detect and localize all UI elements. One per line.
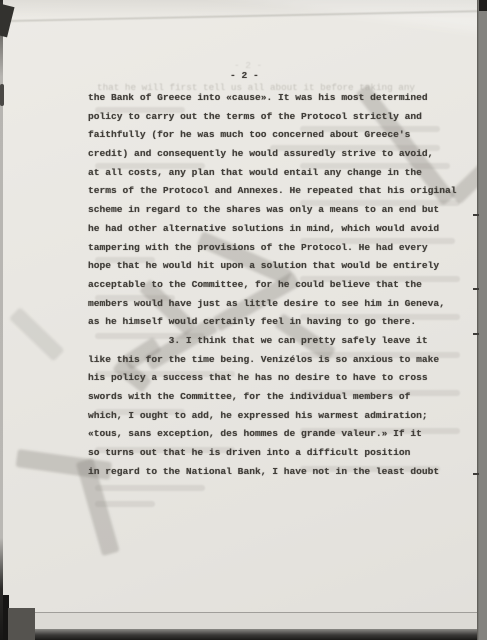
page-number: - 2 -: [230, 70, 259, 81]
right-edge-tick: [473, 333, 479, 335]
bleed-through-smudge: [95, 501, 155, 507]
typed-line: scheme in regard to the shares was only …: [88, 201, 470, 220]
typed-line: swords with the Committee, for the indiv…: [88, 388, 470, 407]
document-page: - 2 - - 2 - that he will first tell us a…: [3, 0, 477, 612]
typed-line: the Bank of Greece into «cause». It was …: [88, 89, 470, 108]
typed-line: which, I ought to add, he expressed his …: [88, 407, 470, 426]
typed-line: his policy a success that he has no desi…: [88, 369, 470, 388]
typed-line: at all costs, any plan that would entail…: [88, 164, 470, 183]
typed-line: 3. I think that we can pretty safely lea…: [88, 332, 470, 351]
watermark-stroke: [9, 307, 65, 362]
scanned-document: - 2 - - 2 - that he will first tell us a…: [0, 0, 487, 640]
typed-line: in regard to the National Bank, I have n…: [88, 463, 470, 482]
right-scan-edge: [477, 0, 487, 640]
typed-line: acceptable to the Committee, for he coul…: [88, 276, 470, 295]
typed-line: like this for the time being. Venizélos …: [88, 351, 470, 370]
right-edge-tick: [473, 473, 479, 475]
typed-line: as he himself would certainly feel in ha…: [88, 313, 470, 332]
typed-line: hope that he would hit upon a solution t…: [88, 257, 470, 276]
typed-line: members would have just as little desire…: [88, 295, 470, 314]
typed-line: policy to carry out the terms of the Pro…: [88, 108, 470, 127]
right-edge-tick: [473, 288, 479, 290]
typed-line: faithfully (for he was much too concerne…: [88, 126, 470, 145]
typed-line: terms of the Protocol and Annexes. He re…: [88, 182, 470, 201]
typed-line: «tous, sans exception, des hommes de gra…: [88, 425, 470, 444]
left-edge-mark: [0, 84, 4, 106]
scanner-bed-shadow: [0, 629, 487, 640]
typed-line: so turns out that he is driven into a di…: [88, 444, 470, 463]
typed-line: credit) and consequently he would assure…: [88, 145, 470, 164]
bottom-left-sheet-corner: [8, 608, 35, 640]
bleed-through-smudge: [95, 485, 205, 491]
right-edge-tick: [473, 214, 479, 216]
right-edge-mark: [479, 0, 487, 11]
typed-line: tampering with the provisions of the Pro…: [88, 239, 470, 258]
typed-line: he had other alternative solutions in mi…: [88, 220, 470, 239]
typed-text: the Bank of Greece into «cause». It was …: [88, 89, 470, 481]
